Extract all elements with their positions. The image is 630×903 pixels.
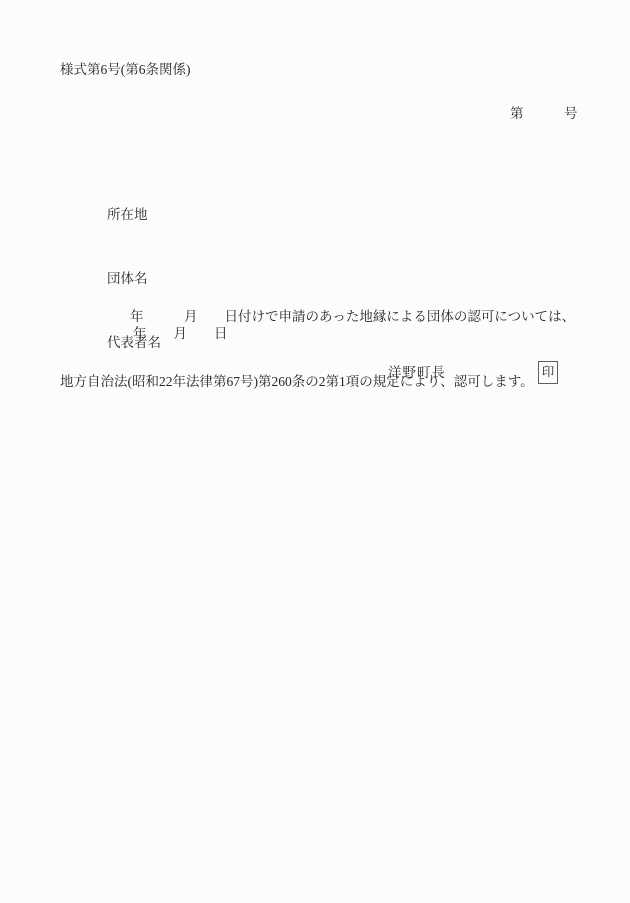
seal-box: 印 [538,361,558,384]
issue-date-line: 年 月 日 [133,327,228,341]
body-line-1: 年 月 日付けで申請のあった地縁による団体の認可については、 [60,306,595,328]
document-number: 第 号 [510,107,578,121]
approval-notice-page: 様式第6号(第6条関係) 第 号 所在地 団体名 代表者名 年 月 日付けで申請… [0,0,630,903]
form-code: 様式第6号(第6条関係) [60,63,191,77]
signer-title: 洋野町長 [388,366,446,380]
body-line-2: 地方自治法(昭和22年法律第67号)第260条の2第1項の規定により、認可します… [60,371,595,393]
body-paragraph: 年 月 日付けで申請のあった地縁による団体の認可については、 地方自治法(昭和2… [60,263,595,435]
addressee-location-label: 所在地 [107,204,161,225]
